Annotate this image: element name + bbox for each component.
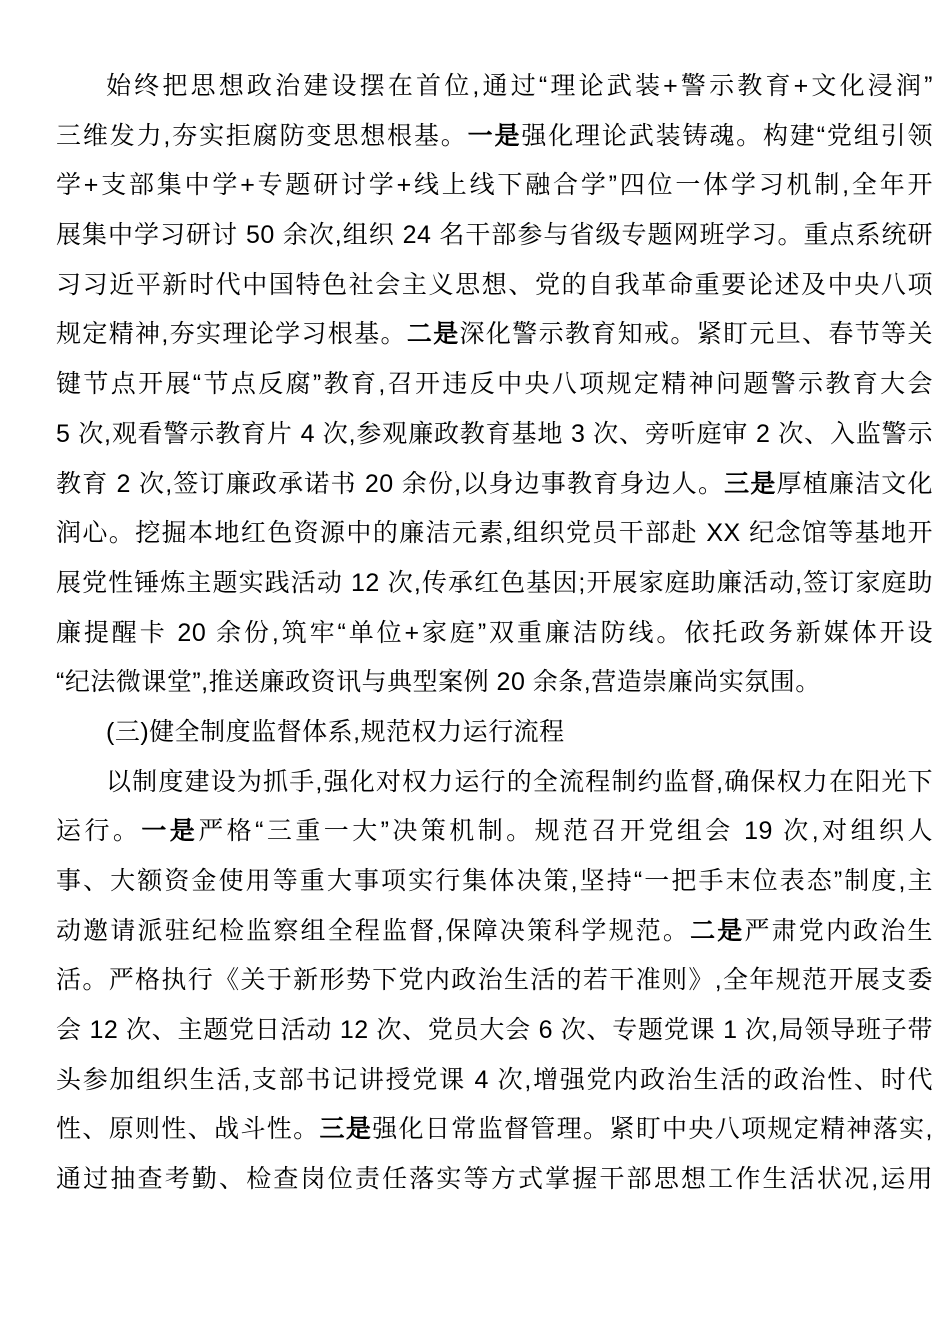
- text-line: 动邀请派驻纪检监察组全程监督,保障决策科学规范。二是严肃党内政治生: [56, 907, 933, 957]
- text-run: 强化理论武装铸魂。构建“党组引领: [521, 122, 933, 150]
- text-run: 规定精神,夯实理论学习根基。: [56, 320, 407, 348]
- bold-run: 一是: [141, 817, 198, 845]
- text-line: 学+支部集中学+专题研讨学+线上线下融合学”四位一体学习机制,全年开: [56, 161, 933, 211]
- text-line: 5 次,观看警示教育片 4 次,参观廉政教育基地 3 次、旁听庭审 2 次、入监…: [56, 410, 933, 460]
- text-run: 厚植廉洁文化: [777, 470, 933, 498]
- text-run: 严格“三重一大”决策机制。规范召开党组会 19 次,对组织人: [198, 817, 933, 845]
- text-line: 性、原则性、战斗性。三是强化日常监督管理。紧盯中央八项规定精神落实,: [56, 1105, 933, 1155]
- text-line: 通过抽查考勤、检查岗位责任落实等方式掌握干部思想工作生活状况,运用: [56, 1155, 933, 1205]
- text-line: 展党性锤炼主题实践活动 12 次,传承红色基因;开展家庭助廉活动,签订家庭助: [56, 559, 933, 609]
- section-heading: (三)健全制度监督体系,规范权力运行流程: [56, 708, 933, 758]
- text-line: 三维发力,夯实拒腐防变思想根基。一是强化理论武装铸魂。构建“党组引领: [56, 112, 933, 162]
- text-run: 三维发力,夯实拒腐防变思想根基。: [56, 122, 468, 150]
- text-line: 教育 2 次,签订廉政承诺书 20 余份,以身边事教育身边人。三是厚植廉洁文化: [56, 460, 933, 510]
- bold-run: 一是: [468, 122, 522, 150]
- bold-run: 三是: [320, 1115, 373, 1143]
- bold-run: 三是: [724, 470, 776, 498]
- text-line: 习习近平新时代中国特色社会主义思想、党的自我革命重要论述及中央八项: [56, 261, 933, 311]
- text-run: 严肃党内政治生: [744, 917, 933, 945]
- text-line: 键节点开展“节点反腐”教育,召开违反中央八项规定精神问题警示教育大会: [56, 360, 933, 410]
- bold-run: 二是: [407, 320, 460, 348]
- paragraph-last-line: “纪法微课堂”,推送廉政资讯与典型案例 20 余条,营造崇廉尚实氛围。: [56, 658, 933, 708]
- text-line: 展集中学习研讨 50 余次,组织 24 名干部参与省级专题网班学习。重点系统研: [56, 211, 933, 261]
- bold-run: 二是: [690, 917, 744, 945]
- text-line: 会 12 次、主题党日活动 12 次、党员大会 6 次、专题党课 1 次,局领导…: [56, 1006, 933, 1056]
- text-line: 规定精神,夯实理论学习根基。二是深化警示教育知戒。紧盯元旦、春节等关: [56, 310, 933, 360]
- text-run: 深化警示教育知戒。紧盯元旦、春节等关: [460, 320, 933, 348]
- text-line: 活。严格执行《关于新形势下党内政治生活的若干准则》,全年规范开展支委: [56, 956, 933, 1006]
- text-run: 性、原则性、战斗性。: [56, 1115, 320, 1143]
- text-line: 廉提醒卡 20 余份,筑牢“单位+家庭”双重廉洁防线。依托政务新媒体开设: [56, 609, 933, 659]
- text-line: 润心。挖掘本地红色资源中的廉洁元素,组织党员干部赴 XX 纪念馆等基地开: [56, 509, 933, 559]
- text-run: 动邀请派驻纪检监察组全程监督,保障决策科学规范。: [56, 917, 690, 945]
- text-run: 强化日常监督管理。紧盯中央八项规定精神落实,: [372, 1115, 933, 1143]
- text-line: 运行。一是严格“三重一大”决策机制。规范召开党组会 19 次,对组织人: [56, 807, 933, 857]
- paragraph-first-line: 以制度建设为抓手,强化对权力运行的全流程制约监督,确保权力在阳光下: [56, 758, 933, 808]
- text-line: 事、大额资金使用等重大事项实行集体决策,坚持“一把手末位表态”制度,主: [56, 857, 933, 907]
- document-text-block: 始终把思想政治建设摆在首位,通过“理论武装+警示教育+文化浸润” 三维发力,夯实…: [56, 62, 933, 1205]
- paragraph-first-line: 始终把思想政治建设摆在首位,通过“理论武装+警示教育+文化浸润”: [56, 62, 933, 112]
- text-run: 运行。: [56, 817, 141, 845]
- text-run: 教育 2 次,签订廉政承诺书 20 余份,以身边事教育身边人。: [56, 470, 724, 498]
- text-line: 头参加组织生活,支部书记讲授党课 4 次,增强党内政治生活的政治性、时代: [56, 1056, 933, 1106]
- document-page: 始终把思想政治建设摆在首位,通过“理论武装+警示教育+文化浸润” 三维发力,夯实…: [0, 0, 950, 1344]
